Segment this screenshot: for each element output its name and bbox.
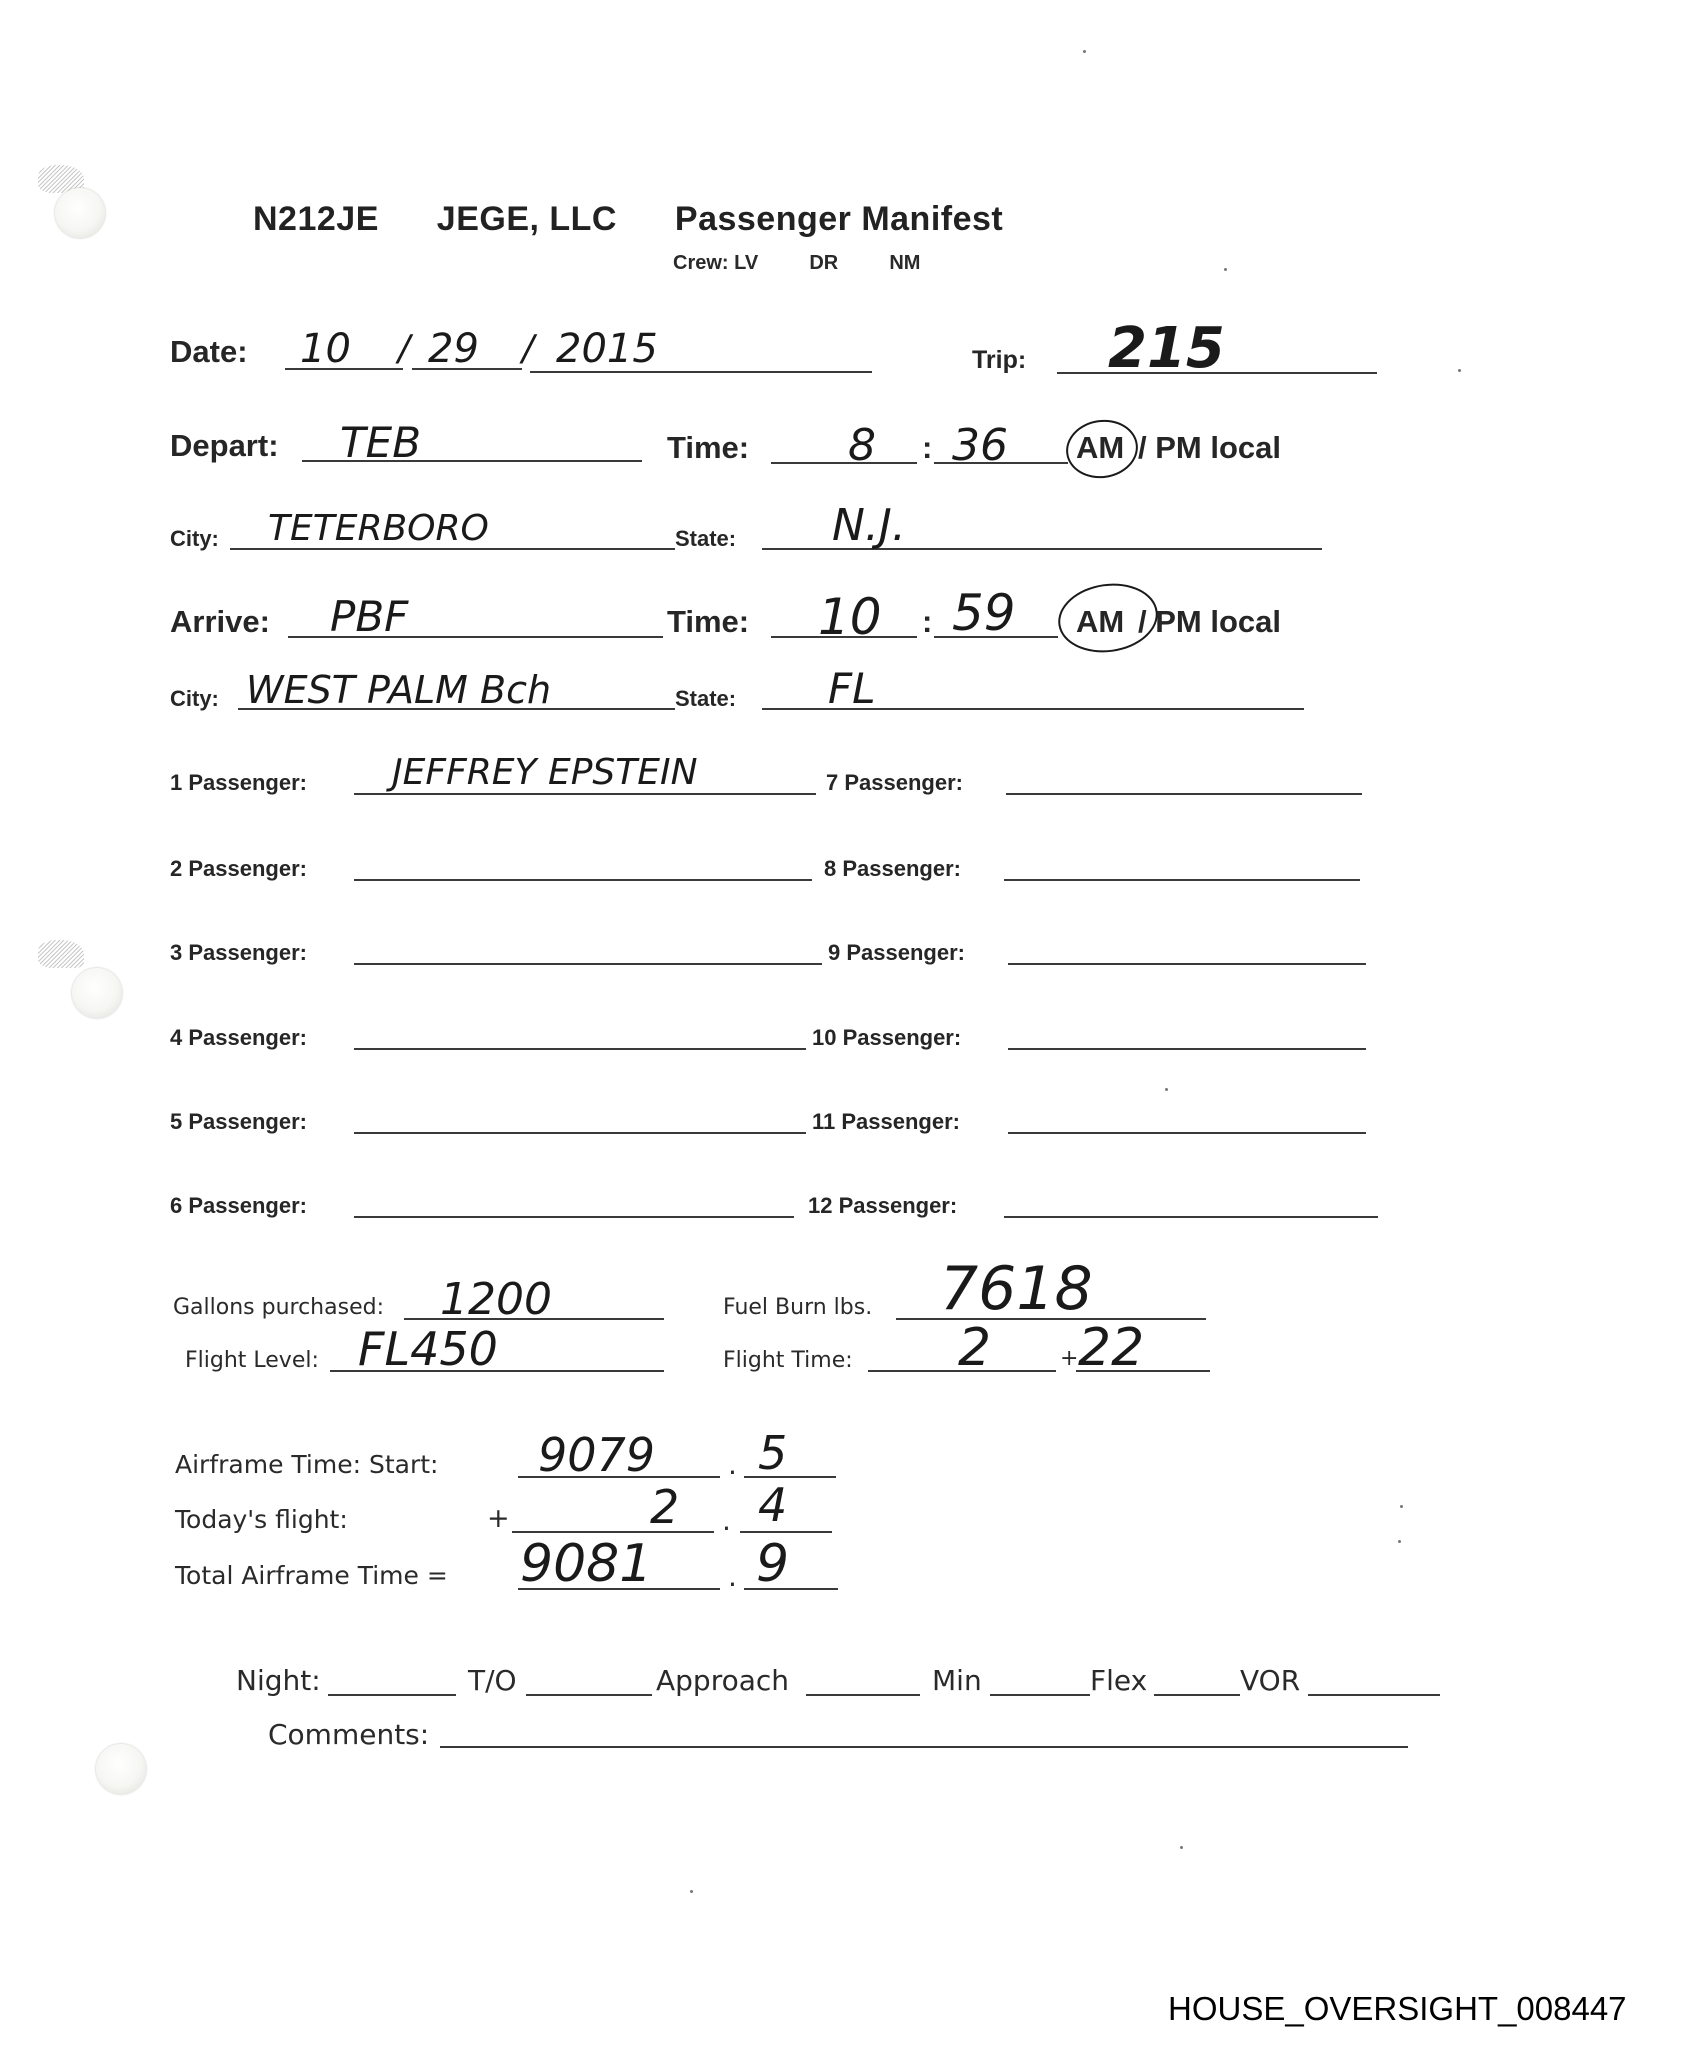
total-airframe-dot: . [728, 1560, 737, 1593]
depart-pm-local[interactable]: / PM local [1138, 430, 1281, 466]
passenger-6-label: 6 Passenger: [170, 1193, 307, 1219]
airframe-start-dot: . [728, 1448, 737, 1481]
passenger-9-label: 9 Passenger: [828, 940, 965, 966]
comments-line[interactable] [440, 1746, 1408, 1748]
scan-speck [1224, 268, 1227, 271]
hole-punch-smudge [38, 940, 84, 968]
arrive-minute-field[interactable]: 59 [952, 584, 1016, 642]
flight-level-field[interactable]: FL450 [358, 1322, 498, 1376]
fuel-burn-field[interactable]: 7618 [940, 1254, 1093, 1324]
passenger-1-line[interactable] [354, 793, 816, 795]
passenger-4-label: 4 Passenger: [170, 1025, 307, 1051]
total-airframe-tenth-field[interactable]: 9 [756, 1534, 789, 1594]
passenger-3-label: 3 Passenger: [170, 940, 307, 966]
hole-punch-top [55, 188, 105, 238]
hole-punch-bottom [96, 1744, 146, 1794]
passenger-6-line[interactable] [354, 1216, 794, 1218]
crew-line: Crew: LV DR NM [673, 252, 920, 275]
todays-flight-plus: + [487, 1503, 510, 1534]
passenger-5-label: 5 Passenger: [170, 1109, 307, 1135]
passenger-9-line[interactable] [1008, 963, 1366, 965]
depart-state-field[interactable]: N.J. [832, 500, 906, 551]
passenger-1-label: 1 Passenger: [170, 770, 307, 796]
scan-speck [1083, 50, 1086, 53]
date-year-field[interactable]: 2015 [556, 326, 658, 372]
depart-field[interactable]: TEB [340, 418, 421, 467]
todays-flight-dot: . [722, 1504, 731, 1537]
form-header: N212JE JEGE, LLC Passenger Manifest [253, 200, 1003, 239]
depart-city-field[interactable]: TETERBORO [268, 508, 489, 549]
total-airframe-whole-field[interactable]: 9081 [520, 1534, 652, 1594]
crew-member-2: DR [809, 252, 838, 274]
flight-time-plus: + [1060, 1346, 1078, 1371]
min-line[interactable] [990, 1694, 1090, 1696]
scan-speck [1165, 1088, 1168, 1091]
todays-flight-whole-field[interactable]: 2 [650, 1480, 679, 1534]
arrive-field[interactable]: PBF [330, 592, 408, 641]
arrive-city-label: City: [170, 686, 219, 712]
depart-city-label: City: [170, 526, 219, 552]
arrive-pm-local[interactable]: / PM local [1138, 604, 1281, 640]
depart-hour-line [771, 462, 917, 464]
passenger-8-label: 8 Passenger: [824, 856, 961, 882]
approach-line[interactable] [806, 1694, 920, 1696]
passenger-12-label: 12 Passenger: [808, 1193, 957, 1219]
passenger-5-line[interactable] [354, 1132, 806, 1134]
takeoff-line[interactable] [526, 1694, 652, 1696]
passenger-10-line[interactable] [1008, 1048, 1366, 1050]
flight-level-label: Flight Level: [185, 1348, 319, 1373]
crew-member-1: LV [734, 252, 758, 274]
arrive-state-label: State: [675, 686, 736, 712]
flex-line[interactable] [1154, 1694, 1240, 1696]
passenger-12-line[interactable] [1004, 1216, 1378, 1218]
takeoff-label: T/O [468, 1664, 517, 1697]
gallons-label: Gallons purchased: [173, 1295, 384, 1320]
date-sep: / [398, 328, 410, 369]
arrive-hour-field[interactable]: 10 [818, 588, 882, 646]
depart-state-label: State: [675, 526, 736, 552]
gallons-field[interactable]: 1200 [440, 1274, 552, 1325]
scan-speck [690, 1890, 693, 1893]
hole-punch-middle [72, 968, 122, 1018]
scan-speck [1458, 369, 1461, 372]
night-label: Night: [236, 1664, 321, 1697]
depart-am-selected-circle [1062, 415, 1141, 482]
vor-line[interactable] [1308, 1694, 1440, 1696]
passenger-11-label: 11 Passenger: [812, 1109, 960, 1135]
flight-time-minutes-field[interactable]: 22 [1078, 1318, 1144, 1378]
airframe-start-label: Airframe Time: Start: [175, 1450, 438, 1479]
trip-label: Trip: [972, 346, 1026, 375]
todays-flight-label: Today's flight: [175, 1505, 348, 1534]
passenger-7-line[interactable] [1006, 793, 1362, 795]
crew-member-3: NM [889, 252, 920, 274]
passenger-3-line[interactable] [354, 963, 822, 965]
passenger-7-label: 7 Passenger: [826, 770, 963, 796]
airframe-start-tenth-field[interactable]: 5 [758, 1426, 787, 1480]
min-label: Min [932, 1664, 982, 1697]
night-line[interactable] [328, 1694, 456, 1696]
arrive-city-field[interactable]: WEST PALM Bch [246, 668, 551, 712]
date-day-field[interactable]: 29 [428, 326, 479, 372]
date-month-field[interactable]: 10 [300, 326, 351, 372]
passenger-4-line[interactable] [354, 1048, 806, 1050]
arrive-label: Arrive: [170, 604, 270, 640]
depart-hour-field[interactable]: 8 [848, 420, 876, 471]
depart-colon: : [922, 430, 932, 466]
passenger-10-label: 10 Passenger: [812, 1025, 961, 1051]
arrive-state-field[interactable]: FL [828, 664, 876, 713]
flex-label: Flex [1090, 1664, 1147, 1697]
flight-time-hours-field[interactable]: 2 [958, 1318, 991, 1378]
passenger-1-field[interactable]: JEFFREY EPSTEIN [392, 752, 698, 793]
date-sep: / [522, 328, 534, 369]
depart-minute-field[interactable]: 36 [952, 420, 1008, 471]
form-title: Passenger Manifest [675, 200, 1003, 238]
comments-label: Comments: [268, 1718, 429, 1751]
todays-flight-whole-line [512, 1531, 714, 1533]
date-label: Date: [170, 334, 248, 370]
fuel-burn-label: Fuel Burn lbs. [723, 1295, 872, 1320]
bates-number: HOUSE_OVERSIGHT_008447 [1168, 1990, 1627, 2028]
passenger-11-line[interactable] [1008, 1132, 1366, 1134]
scan-speck [1180, 1846, 1183, 1849]
scan-speck [1400, 1505, 1403, 1508]
total-airframe-label: Total Airframe Time = [175, 1561, 448, 1590]
todays-flight-tenth-field[interactable]: 4 [758, 1478, 787, 1532]
vor-label: VOR [1240, 1664, 1300, 1697]
depart-time-label: Time: [667, 430, 749, 466]
approach-label: Approach [656, 1664, 789, 1697]
arrive-colon: : [922, 604, 932, 640]
trip-field[interactable]: 215 [1108, 316, 1225, 381]
arrive-time-label: Time: [667, 604, 749, 640]
passenger-2-line[interactable] [354, 879, 812, 881]
company-name: JEGE, LLC [437, 200, 617, 238]
tail-number: N212JE [253, 200, 379, 238]
flight-time-label: Flight Time: [723, 1348, 853, 1373]
airframe-start-whole-field[interactable]: 9079 [538, 1428, 655, 1482]
scan-speck [1398, 1540, 1401, 1543]
depart-label: Depart: [170, 428, 279, 464]
passenger-2-label: 2 Passenger: [170, 856, 307, 882]
passenger-8-line[interactable] [1004, 879, 1360, 881]
